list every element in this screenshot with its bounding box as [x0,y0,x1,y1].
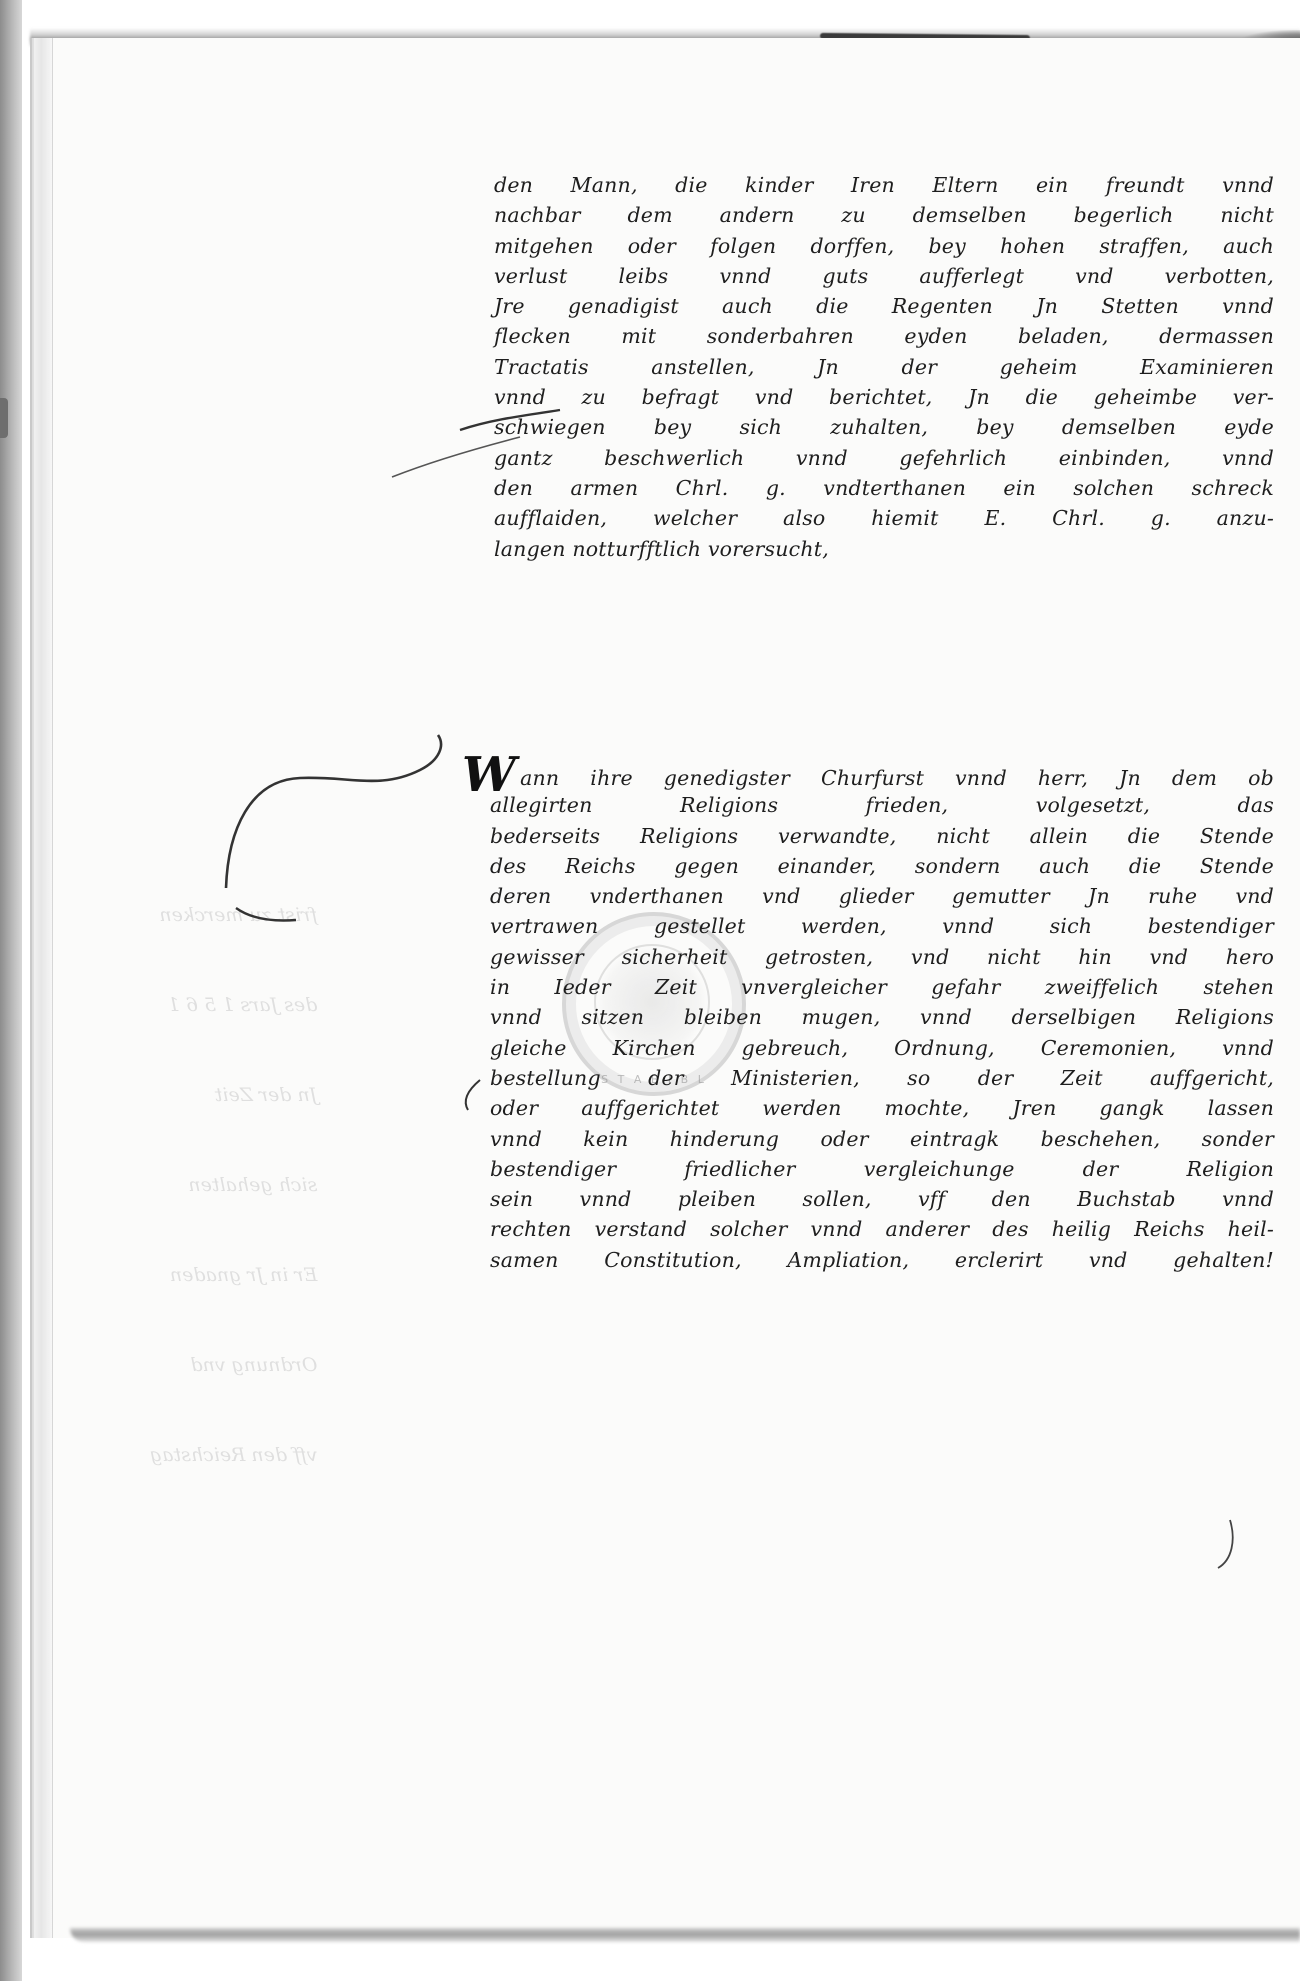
text-line: den armen Chrl. g. vndterthanen ein solc… [494,473,1274,503]
bleed-through-text: frist zu mercken des Jars 1 5 6 1 Jn der… [150,840,317,1500]
text-line: oder auffgerichtet werden mochte, Jren g… [462,1093,1274,1123]
text-line: Jre genadigist auch die Regenten Jn Stet… [494,291,1274,321]
text-line: verlust leibs vnnd guts aufferlegt vnd v… [494,261,1274,291]
bleed-line: Ordnung vnd [150,1350,317,1380]
text-line: langen notturfftlich vorersucht, [494,534,1274,564]
bleed-line: Er in Jr gnaden [150,1260,317,1290]
text-line: samen Constitution, Ampliation, erclerir… [462,1245,1274,1275]
text-line: bestendiger friedlicher vergleichunge de… [462,1154,1274,1184]
text-line: sein vnnd pleiben sollen, vff den Buchst… [462,1184,1274,1214]
text-line: rechten verstand solcher vnnd anderer de… [462,1214,1274,1244]
text-line: nachbar dem andern zu demselben begerlic… [494,200,1274,230]
text-line-first: Wann ihre genedigster Churfurst vnnd her… [462,760,1274,790]
text-line-content: ann ihre genedigster Churfurst vnnd herr… [520,766,1274,790]
text-line: gewisser sicherheit getrosten, vnd nicht… [462,942,1274,972]
text-line: Tractatis anstellen, Jn der geheim Exami… [494,352,1274,382]
bleed-line: Jn der Zeit [150,1080,317,1110]
text-line: bederseits Religions verwandte, nicht al… [462,821,1274,851]
page-fold-strip [34,38,53,1938]
text-line: schwiegen bey sich zuhalten, bey demselb… [494,412,1274,442]
text-line: bestellung der Ministerien, so der Zeit … [462,1063,1274,1093]
text-line: allegirten Religions frieden, volgesetzt… [462,790,1274,820]
text-line: aufflaiden, welcher also hiemit E. Chrl.… [494,503,1274,533]
bleed-line: frist zu mercken [150,900,317,930]
bleed-line: sich gehalten [150,1170,317,1200]
text-line: flecken mit sonderbahren eyden beladen, … [494,321,1274,351]
binding-clasp [0,398,8,438]
text-line: gleiche Kirchen gebreuch, Ordnung, Cerem… [462,1033,1274,1063]
book-binding [0,0,22,1981]
text-line: mitgehen oder folgen dorffen, bey hohen … [494,231,1274,261]
text-line: in Ieder Zeit vnvergleicher gefahr zweif… [462,972,1274,1002]
page-bottom-edge [70,1928,1300,1942]
text-line: vnnd sitzen bleiben mugen, vnnd derselbi… [462,1002,1274,1032]
text-line: den Mann, die kinder Iren Eltern ein fre… [494,170,1274,200]
text-line: vnnd kein hinderung oder eintragk besche… [462,1124,1274,1154]
bleed-line: vff den Reichstag [150,1440,317,1470]
text-line: vnnd zu befragt vnd berichtet, Jn die ge… [494,382,1274,412]
text-line: deren vnderthanen vnd glieder gemutter J… [462,881,1274,911]
text-line: gantz beschwerlich vnnd gefehrlich einbi… [494,443,1274,473]
paragraph-2: Wann ihre genedigster Churfurst vnnd her… [462,760,1274,1275]
text-line: vertrawen gestellet werden, vnnd sich be… [462,911,1274,941]
bleed-line: des Jars 1 5 6 1 [150,990,317,1020]
text-line: des Reichs gegen einander, sondern auch … [462,851,1274,881]
paragraph-1: den Mann, die kinder Iren Eltern ein fre… [494,170,1274,564]
